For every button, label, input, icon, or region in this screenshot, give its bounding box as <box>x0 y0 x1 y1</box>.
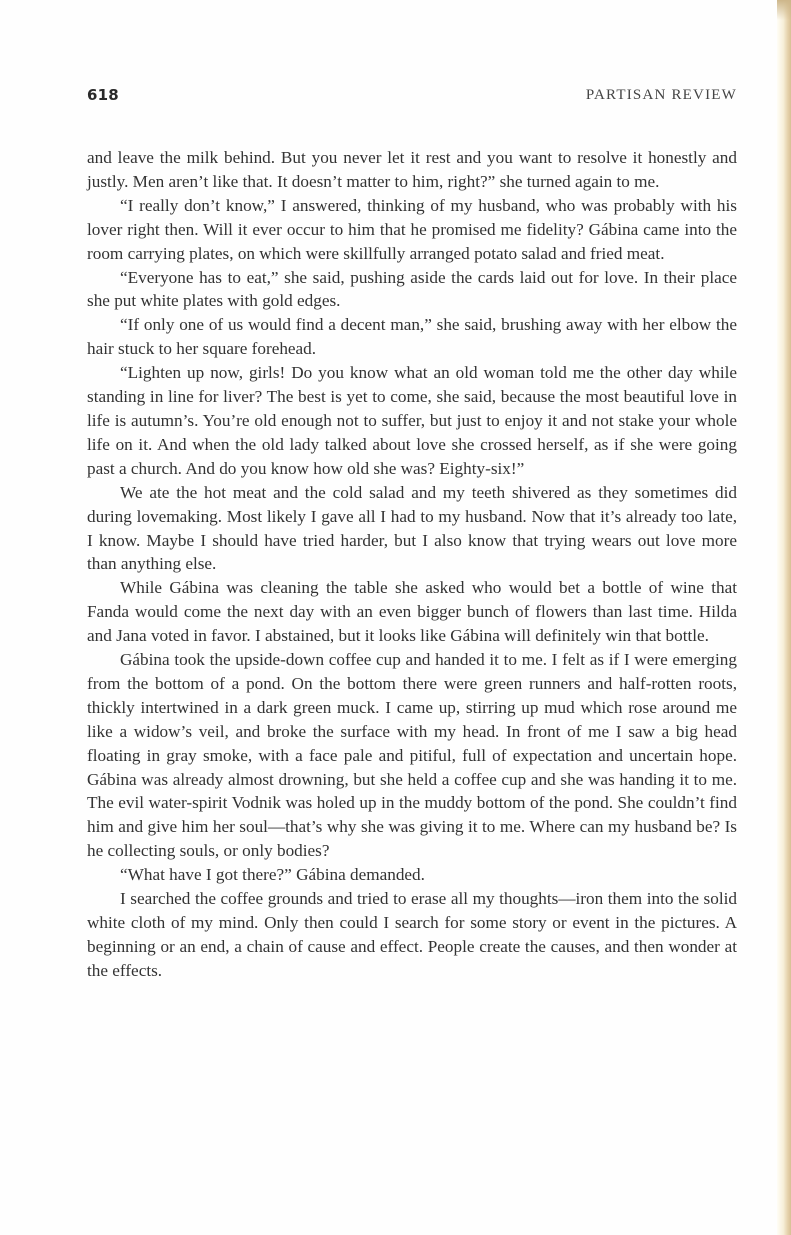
running-head: 618 PARTISAN REVIEW <box>87 86 737 110</box>
paragraph: “If only one of us would find a decent m… <box>87 313 737 361</box>
page-edge-top-shadow <box>777 0 791 20</box>
paragraph: I searched the coffee grounds and tried … <box>87 887 737 983</box>
paragraph: “I really don’t know,” I answered, think… <box>87 194 737 266</box>
body-text: and leave the milk behind. But you never… <box>87 146 737 983</box>
journal-title: PARTISAN REVIEW <box>586 87 737 104</box>
page-edge-shadow <box>777 0 791 1235</box>
paragraph: “Everyone has to eat,” she said, pushing… <box>87 266 737 314</box>
paragraph: “Lighten up now, girls! Do you know what… <box>87 361 737 481</box>
page-number: 618 <box>87 86 119 104</box>
book-page: 618 PARTISAN REVIEW and leave the milk b… <box>0 0 791 1235</box>
paragraph: We ate the hot meat and the cold salad a… <box>87 481 737 577</box>
paragraph: While Gábina was cleaning the table she … <box>87 576 737 648</box>
paragraph-continuation: and leave the milk behind. But you never… <box>87 146 737 194</box>
paragraph: Gábina took the upside-down coffee cup a… <box>87 648 737 863</box>
paragraph: “What have I got there?” Gábina demanded… <box>87 863 737 887</box>
